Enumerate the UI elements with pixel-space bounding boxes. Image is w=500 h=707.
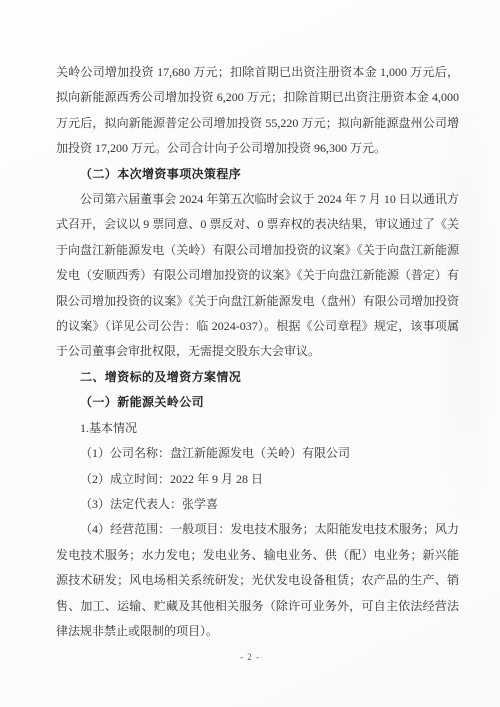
paragraph: 关岭公司增加投资 17,680 万元；扣除首期已出资注册资本金 1,000 万元… — [56, 60, 459, 162]
section-heading: 二、增资标的及增资方案情况 — [56, 365, 459, 390]
document-body: 关岭公司增加投资 17,680 万元；扣除首期已出资注册资本金 1,000 万元… — [56, 60, 459, 644]
section-heading: （二）本次增资事项决策程序 — [56, 162, 459, 187]
document-page: 关岭公司增加投资 17,680 万元；扣除首期已出资注册资本金 1,000 万元… — [0, 0, 500, 707]
section-heading: （一）新能源关岭公司 — [56, 390, 459, 415]
paragraph: （4）经营范围：一般项目：发电技术服务；太阳能发电技术服务；风力发电技术服务；水… — [56, 517, 459, 644]
paragraph: 1.基本情况 — [56, 416, 459, 441]
paragraph: 公司第六届董事会 2024 年第五次临时会议于 2024 年 7 月 10 日以… — [56, 187, 459, 365]
paragraph: （2）成立时间：2022 年 9 月 28 日 — [56, 467, 459, 492]
page-number: - 2 - — [0, 652, 500, 662]
paragraph: （3）法定代表人：张学喜 — [56, 492, 459, 517]
paragraph: （1）公司名称：盘江新能源发电（关岭）有限公司 — [56, 441, 459, 466]
